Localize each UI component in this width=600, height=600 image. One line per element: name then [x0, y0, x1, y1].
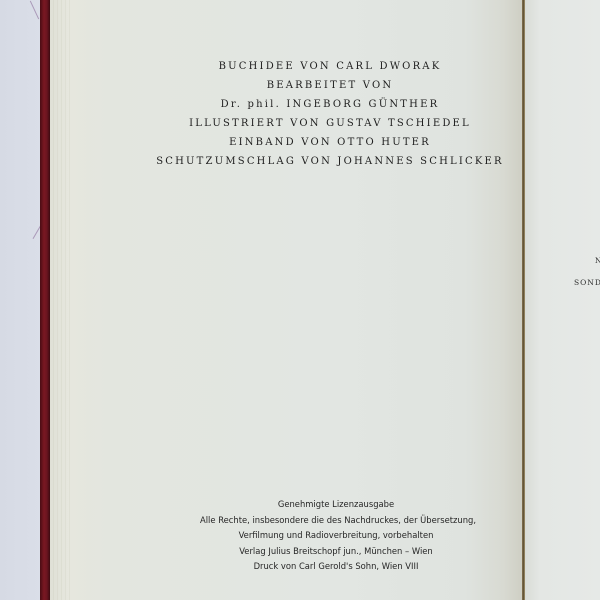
- right-page-fragment: N: [595, 256, 600, 265]
- imprint-rights-cont: Verfilmung und Radioverbreitung, vorbeha…: [200, 528, 472, 544]
- credit-line-illustrator: ILLUSTRIERT VON GUSTAV TSCHIEDEL: [140, 114, 520, 133]
- credit-line-editor: Dr. phil. INGEBORG GÜNTHER: [140, 95, 520, 114]
- credits-block: BUCHIDEE VON CARL DWORAK BEARBEITET VON …: [140, 57, 520, 171]
- credit-line-binding: EINBAND VON OTTO HUTER: [140, 133, 520, 152]
- background-surface: [0, 0, 42, 600]
- credit-line-book-idea: BUCHIDEE VON CARL DWORAK: [140, 57, 520, 76]
- credit-line-edited-by: BEARBEITET VON: [140, 76, 520, 95]
- imprint-block: Genehmigte Lizenzausgabe Alle Rechte, in…: [200, 497, 472, 575]
- page-edge-stack: [50, 0, 70, 600]
- imprint-license: Genehmigte Lizenzausgabe: [200, 497, 472, 513]
- credit-line-dust-jacket: SCHUTZUMSCHLAG VON JOHANNES SCHLICKER: [140, 152, 520, 171]
- imprint-publisher: Verlag Julius Breitschopf jun., München …: [200, 544, 472, 560]
- book-binding-spine-edge: [40, 0, 50, 600]
- imprint-rights: Alle Rechte, insbesondere die des Nachdr…: [200, 513, 472, 529]
- right-page-fragment: SONDERI: [574, 278, 600, 287]
- imprint-printer: Druck von Carl Gerold's Sohn, Wien VIII: [200, 559, 472, 575]
- right-page: [525, 0, 600, 600]
